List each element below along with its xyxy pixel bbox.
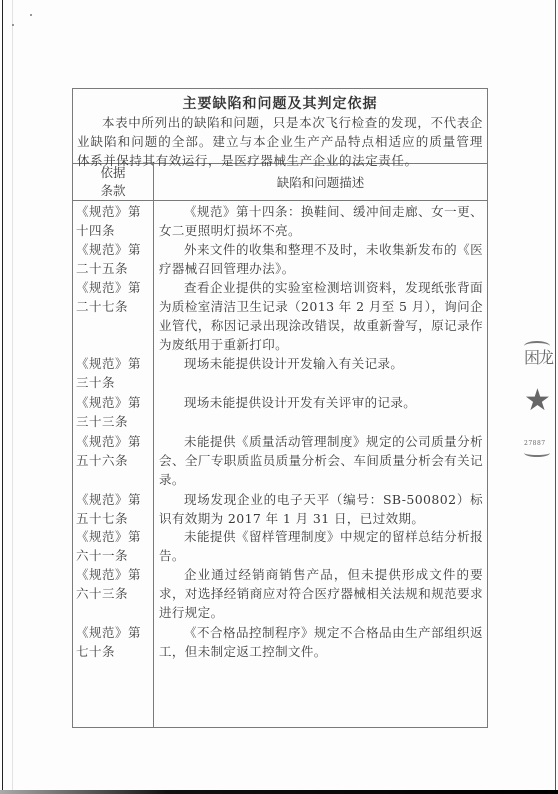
table-intro: 主要缺陷和问题及其判定依据 本表中所列出的缺陷和问题，只是本次飞行检查的发现，不… [73, 89, 487, 164]
scan-speck [12, 24, 14, 26]
star-icon: ★ [524, 383, 551, 418]
row-basis: 《规范》第五十六条 [76, 432, 152, 470]
page-edge-right [555, 0, 556, 794]
row-description: 现场未能提供设计开发输入有关记录。 [159, 354, 483, 373]
row-basis: 《规范》第二十五条 [76, 240, 152, 278]
table-title: 主要缺陷和问题及其判定依据 [73, 93, 487, 113]
seal-stamp: 困龙 ★ 27887 [524, 345, 554, 465]
header-basis-line1: 依据 [73, 164, 153, 182]
page-edge-shadow [12, 0, 13, 794]
row-description: 《规范》第十四条：换鞋间、缓冲间走廊、女一更、女二更照明灯损坏不亮。 [159, 202, 483, 240]
stamp-text: 困龙 [524, 345, 552, 368]
row-description: 查看企业提供的实验室检测培训资料，发现纸张背面为质检室清洁卫生记录（2013 年… [159, 278, 483, 354]
row-description: 企业通过经销商销售产品，但未提供形成文件的要求，对选择经销商应对符合医疗器械相关… [159, 565, 483, 622]
header-description: 缺陷和问题描述 [154, 173, 487, 191]
stamp-arc-bottom [524, 449, 550, 457]
header-basis: 依据 条款 [73, 164, 153, 200]
row-description: 《不合格品控制程序》规定不合格品由生产部组织返工，但未制定返工控制文件。 [159, 623, 483, 661]
row-description: 未能提供《留样管理制度》中规定的留样总结分析报告。 [159, 527, 483, 565]
row-basis: 《规范》第三十条 [76, 354, 152, 392]
header-basis-line2: 条款 [73, 182, 153, 200]
scan-speck [30, 14, 32, 16]
defects-table: 主要缺陷和问题及其判定依据 本表中所列出的缺陷和问题，只是本次飞行检查的发现，不… [72, 88, 488, 728]
row-description: 现场未能提供设计开发有关评审的记录。 [159, 393, 483, 412]
column-divider [153, 163, 154, 728]
row-basis: 《规范》第二十七条 [76, 278, 152, 316]
row-basis: 《规范》第三十三条 [76, 393, 152, 431]
row-description: 现场发现企业的电子天平（编号：SB-500802）标识有效期为 2017 年 1… [159, 490, 483, 528]
page-edge-left [2, 0, 3, 794]
page-edge-bottom [0, 790, 558, 794]
row-description: 未能提供《质量活动管理制度》规定的公司质量分析会、全厂专职质监员质量分析会、车间… [159, 432, 483, 489]
row-description: 外来文件的收集和整理不及时，未收集新发布的《医疗器械召回管理办法》。 [159, 240, 483, 278]
row-basis: 《规范》第五十七条 [76, 490, 152, 528]
intro-paragraph: 本表中所列出的缺陷和问题，只是本次飞行检查的发现，不代表企业缺陷和问题的全部。建… [73, 113, 487, 170]
row-basis: 《规范》第七十条 [76, 623, 152, 661]
row-basis: 《规范》第六十三条 [76, 565, 152, 603]
row-basis: 《规范》第六十一条 [76, 527, 152, 565]
stamp-number: 27887 [524, 440, 546, 447]
header-divider [73, 200, 487, 201]
row-basis: 《规范》第十四条 [76, 202, 152, 240]
